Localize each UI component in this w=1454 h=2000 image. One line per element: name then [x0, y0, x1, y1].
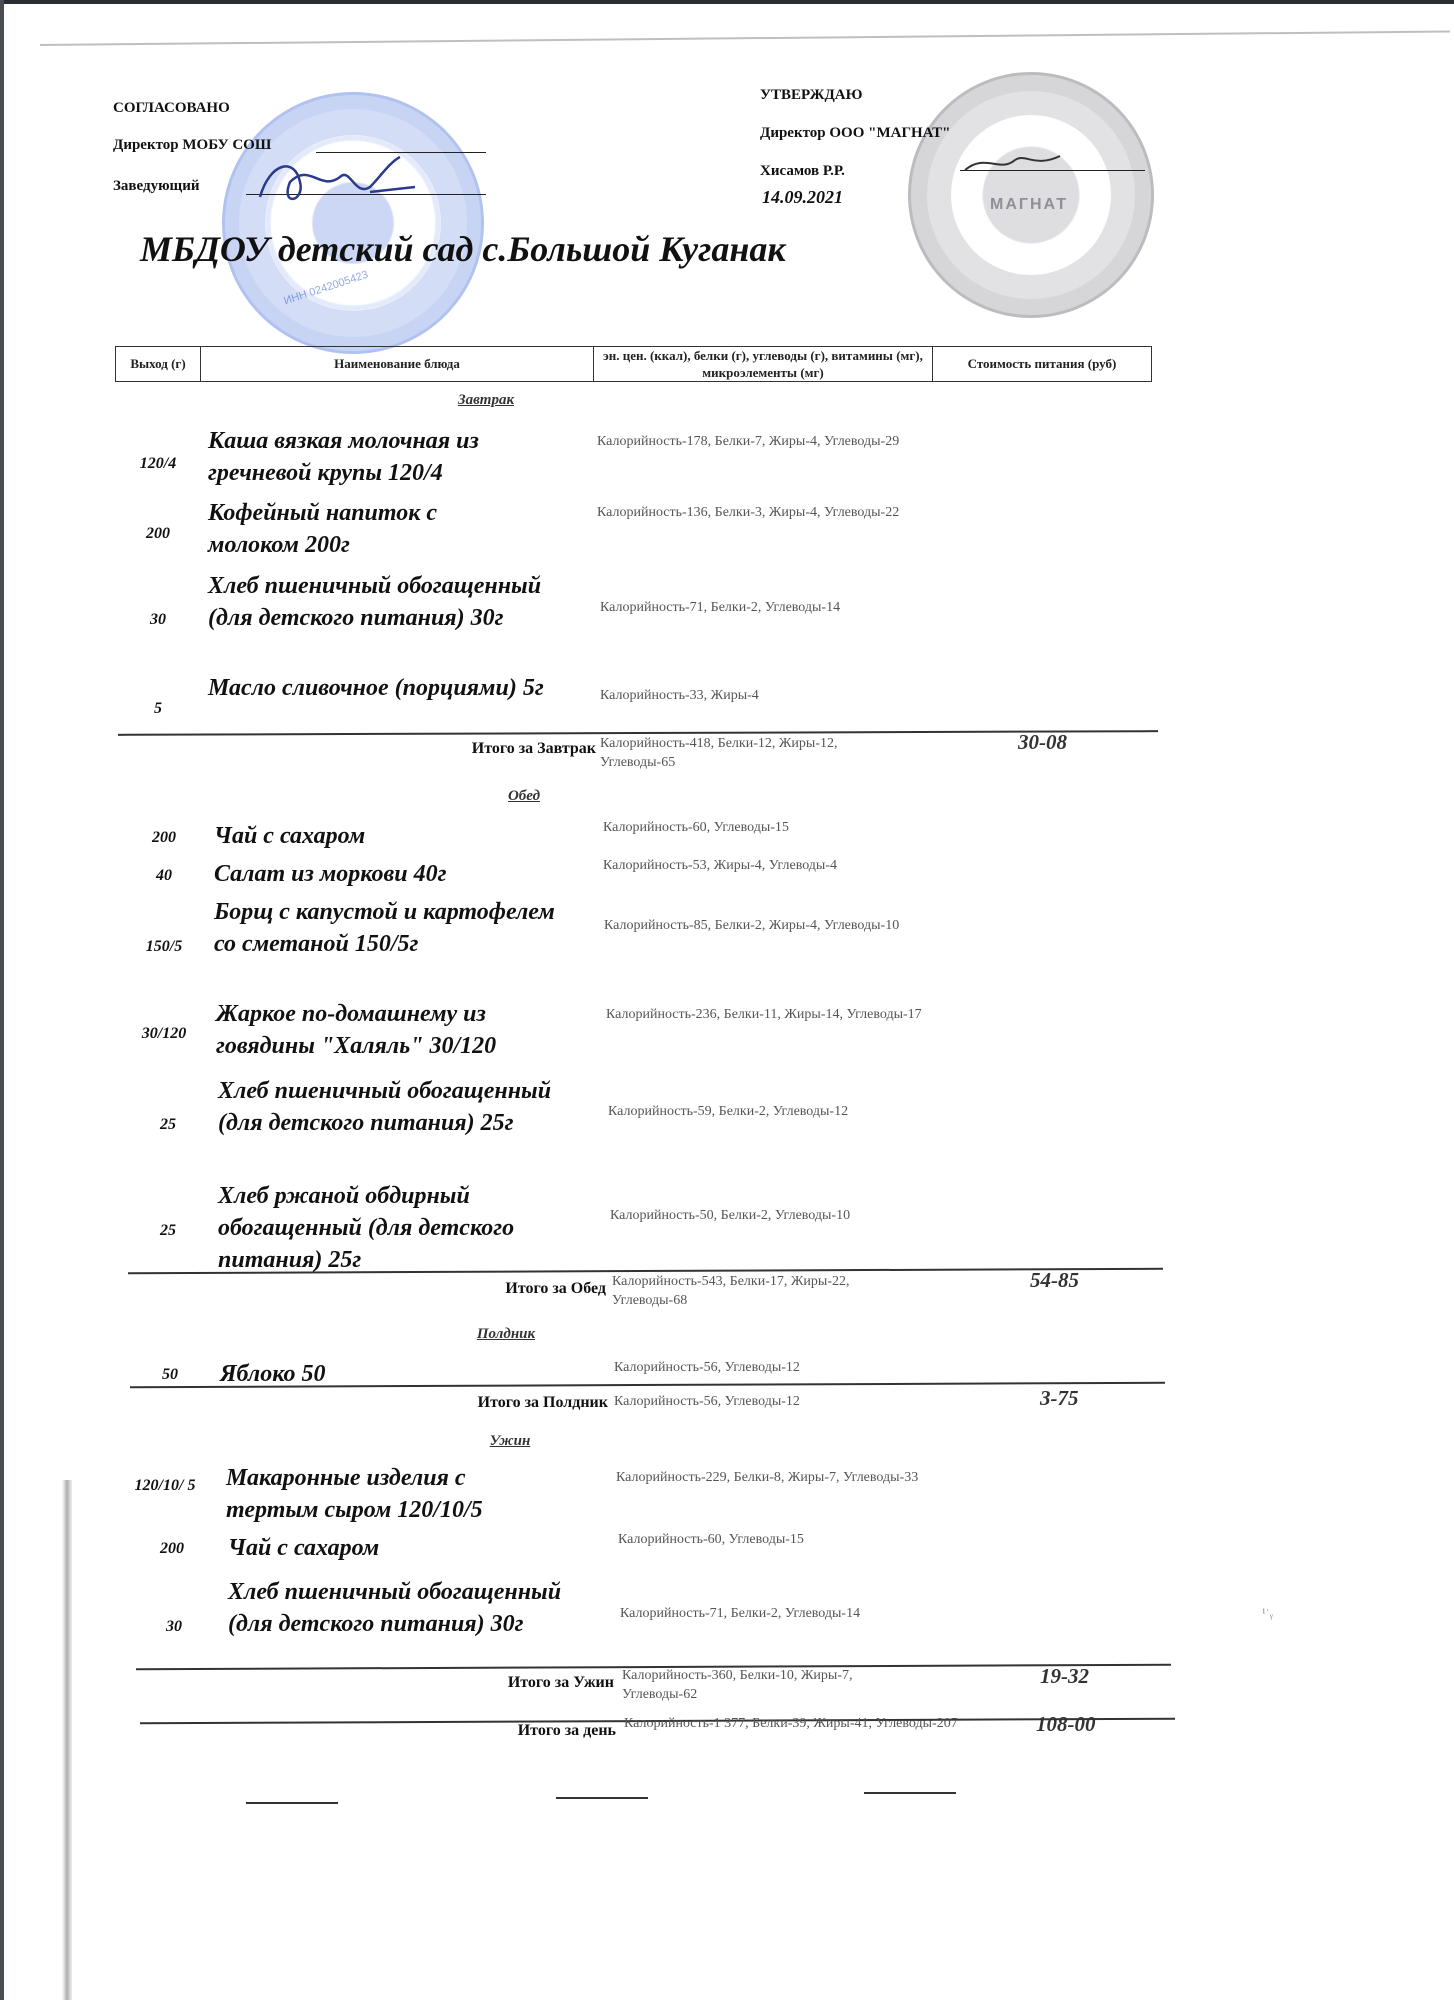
- approval-left-line1: Директор МОБУ СОШ: [113, 137, 271, 154]
- total-nutrition-snack: Калорийность-56, Углеводы-12: [614, 1392, 944, 1411]
- item-nutrition: Калорийность-60, Углеводы-15: [603, 818, 933, 837]
- item-yield: 25: [128, 1116, 208, 1134]
- item-dish: Каша вязкая молочная из гречневой крупы …: [208, 425, 588, 489]
- item-yield: 120/10/ 5: [130, 1474, 200, 1498]
- total-cost-snack: 3-75: [1040, 1386, 1079, 1411]
- gray-stamp: [908, 72, 1154, 318]
- item-nutrition: Калорийность-136, Белки-3, Жиры-4, Углев…: [597, 503, 927, 522]
- item-nutrition: Калорийность-229, Белки-8, Жиры-7, Углев…: [616, 1468, 946, 1487]
- approval-right-heading: УТВЕРЖДАЮ: [760, 87, 863, 104]
- item-nutrition: Калорийность-33, Жиры-4: [600, 686, 930, 705]
- top-rule: [40, 30, 1450, 46]
- signature-icon: [250, 152, 420, 212]
- total-nutrition-breakfast: Калорийность-418, Белки-12, Жиры-12, Угл…: [600, 734, 900, 772]
- total-label-snack: Итого за Полдник: [308, 1394, 608, 1412]
- item-dish: Хлеб ржаной обдирный обогащенный (для де…: [218, 1180, 578, 1276]
- page-title: МБДОУ детский сад с.Большой Куганак: [140, 228, 786, 270]
- item-yield: 5: [118, 700, 198, 718]
- total-nutrition-lunch: Калорийность-543, Белки-17, Жиры-22, Угл…: [612, 1272, 922, 1310]
- item-nutrition: Калорийность-178, Белки-7, Жиры-4, Углев…: [597, 432, 927, 451]
- item-nutrition: Калорийность-60, Углеводы-15: [618, 1530, 948, 1549]
- item-yield: 200: [124, 829, 204, 847]
- header-dish: Наименование блюда: [201, 347, 594, 382]
- signature-dash-2: [556, 1797, 648, 1799]
- item-dish: Макаронные изделия с тертым сыром 120/10…: [226, 1462, 546, 1526]
- day-total-cost: 108-00: [1036, 1712, 1096, 1737]
- item-yield: 150/5: [124, 938, 204, 956]
- total-label-breakfast: Итого за Завтрак: [296, 740, 596, 758]
- item-dish: Салат из моркови 40г: [214, 858, 594, 890]
- gray-stamp-text: МАГНАТ: [990, 196, 1068, 214]
- item-yield: 30: [134, 1618, 214, 1636]
- item-nutrition: Калорийность-50, Белки-2, Углеводы-10: [610, 1206, 940, 1225]
- item-yield: 200: [132, 1540, 212, 1558]
- menu-table-header: Выход (г) Наименование блюда эн. цен. (к…: [115, 346, 1152, 382]
- header-cost: Стоимость питания (руб): [933, 347, 1152, 382]
- blue-stamp: [222, 92, 484, 354]
- total-nutrition-dinner: Калорийность-360, Белки-10, Жиры-7, Угле…: [622, 1666, 922, 1704]
- total-label-lunch: Итого за Обед: [306, 1280, 606, 1298]
- section-title-breakfast: Завтрак: [386, 392, 586, 409]
- signature-dash-3: [864, 1792, 956, 1794]
- approval-date: 14.09.2021: [762, 187, 843, 208]
- section-title-lunch: Обед: [424, 788, 624, 805]
- item-nutrition: Калорийность-85, Белки-2, Жиры-4, Углево…: [604, 916, 934, 935]
- item-yield: 200: [118, 525, 198, 543]
- item-yield: 120/4: [118, 455, 198, 473]
- approval-left-line2: Заведующий: [113, 178, 199, 195]
- item-dish: Чай с сахаром: [228, 1532, 608, 1564]
- signature-icon-right: [960, 148, 1070, 178]
- section-title-dinner: Ужин: [410, 1433, 610, 1450]
- item-nutrition: Калорийность-71, Белки-2, Углеводы-14: [620, 1604, 950, 1623]
- approval-right-line1: Директор ООО "МАГНАТ": [760, 125, 951, 142]
- item-dish: Хлеб пшеничный обогащенный (для детского…: [228, 1576, 588, 1640]
- item-yield: 25: [128, 1222, 208, 1240]
- item-yield: 40: [124, 867, 204, 885]
- item-dish: Масло сливочное (порциями) 5г: [208, 672, 588, 704]
- scan-shadow-left: [62, 1480, 72, 2000]
- header-yield: Выход (г): [116, 347, 201, 382]
- total-cost-dinner: 19-32: [1040, 1664, 1089, 1689]
- total-cost-breakfast: 30-08: [1018, 730, 1067, 755]
- item-dish: Хлеб пшеничный обогащенный (для детского…: [208, 570, 568, 634]
- day-total-label: Итого за день: [316, 1722, 616, 1740]
- scan-edge-top: [0, 0, 1454, 4]
- approval-left-heading: СОГЛАСОВАНО: [113, 100, 230, 117]
- approval-right-line2: Хисамов Р.Р.: [760, 163, 845, 180]
- signature-dash-1: [246, 1802, 338, 1804]
- item-dish: Борщ с капустой и картофелем со сметаной…: [214, 896, 574, 960]
- section-title-snack: Полдник: [406, 1326, 606, 1343]
- item-nutrition: Калорийность-236, Белки-11, Жиры-14, Угл…: [606, 1005, 936, 1024]
- item-nutrition: Калорийность-71, Белки-2, Углеводы-14: [600, 598, 930, 617]
- item-dish: Жаркое по-домашнему из говядины "Халяль"…: [216, 998, 576, 1062]
- item-nutrition: Калорийность-59, Белки-2, Углеводы-12: [608, 1102, 938, 1121]
- item-dish: Кофейный напиток с молоком 200г: [208, 497, 508, 561]
- scan-edge-left: [0, 0, 4, 2000]
- total-cost-lunch: 54-85: [1030, 1268, 1079, 1293]
- day-total-nutrition: Калорийность-1 377, Белки-39, Жиры-41, У…: [624, 1714, 964, 1733]
- total-label-dinner: Итого за Ужин: [314, 1674, 614, 1692]
- scan-speck: ¹˙ᵧ: [1262, 1606, 1273, 1621]
- item-yield: 30: [118, 611, 198, 629]
- item-dish: Хлеб пшеничный обогащенный (для детского…: [218, 1075, 578, 1139]
- item-yield: 30/120: [124, 1025, 204, 1043]
- item-dish: Чай с сахаром: [214, 820, 594, 852]
- item-yield: 50: [130, 1366, 210, 1384]
- item-nutrition: Калорийность-53, Жиры-4, Углеводы-4: [603, 856, 933, 875]
- item-nutrition: Калорийность-56, Углеводы-12: [614, 1358, 944, 1377]
- header-nutrition: эн. цен. (ккал), белки (г), углеводы (г)…: [594, 347, 933, 382]
